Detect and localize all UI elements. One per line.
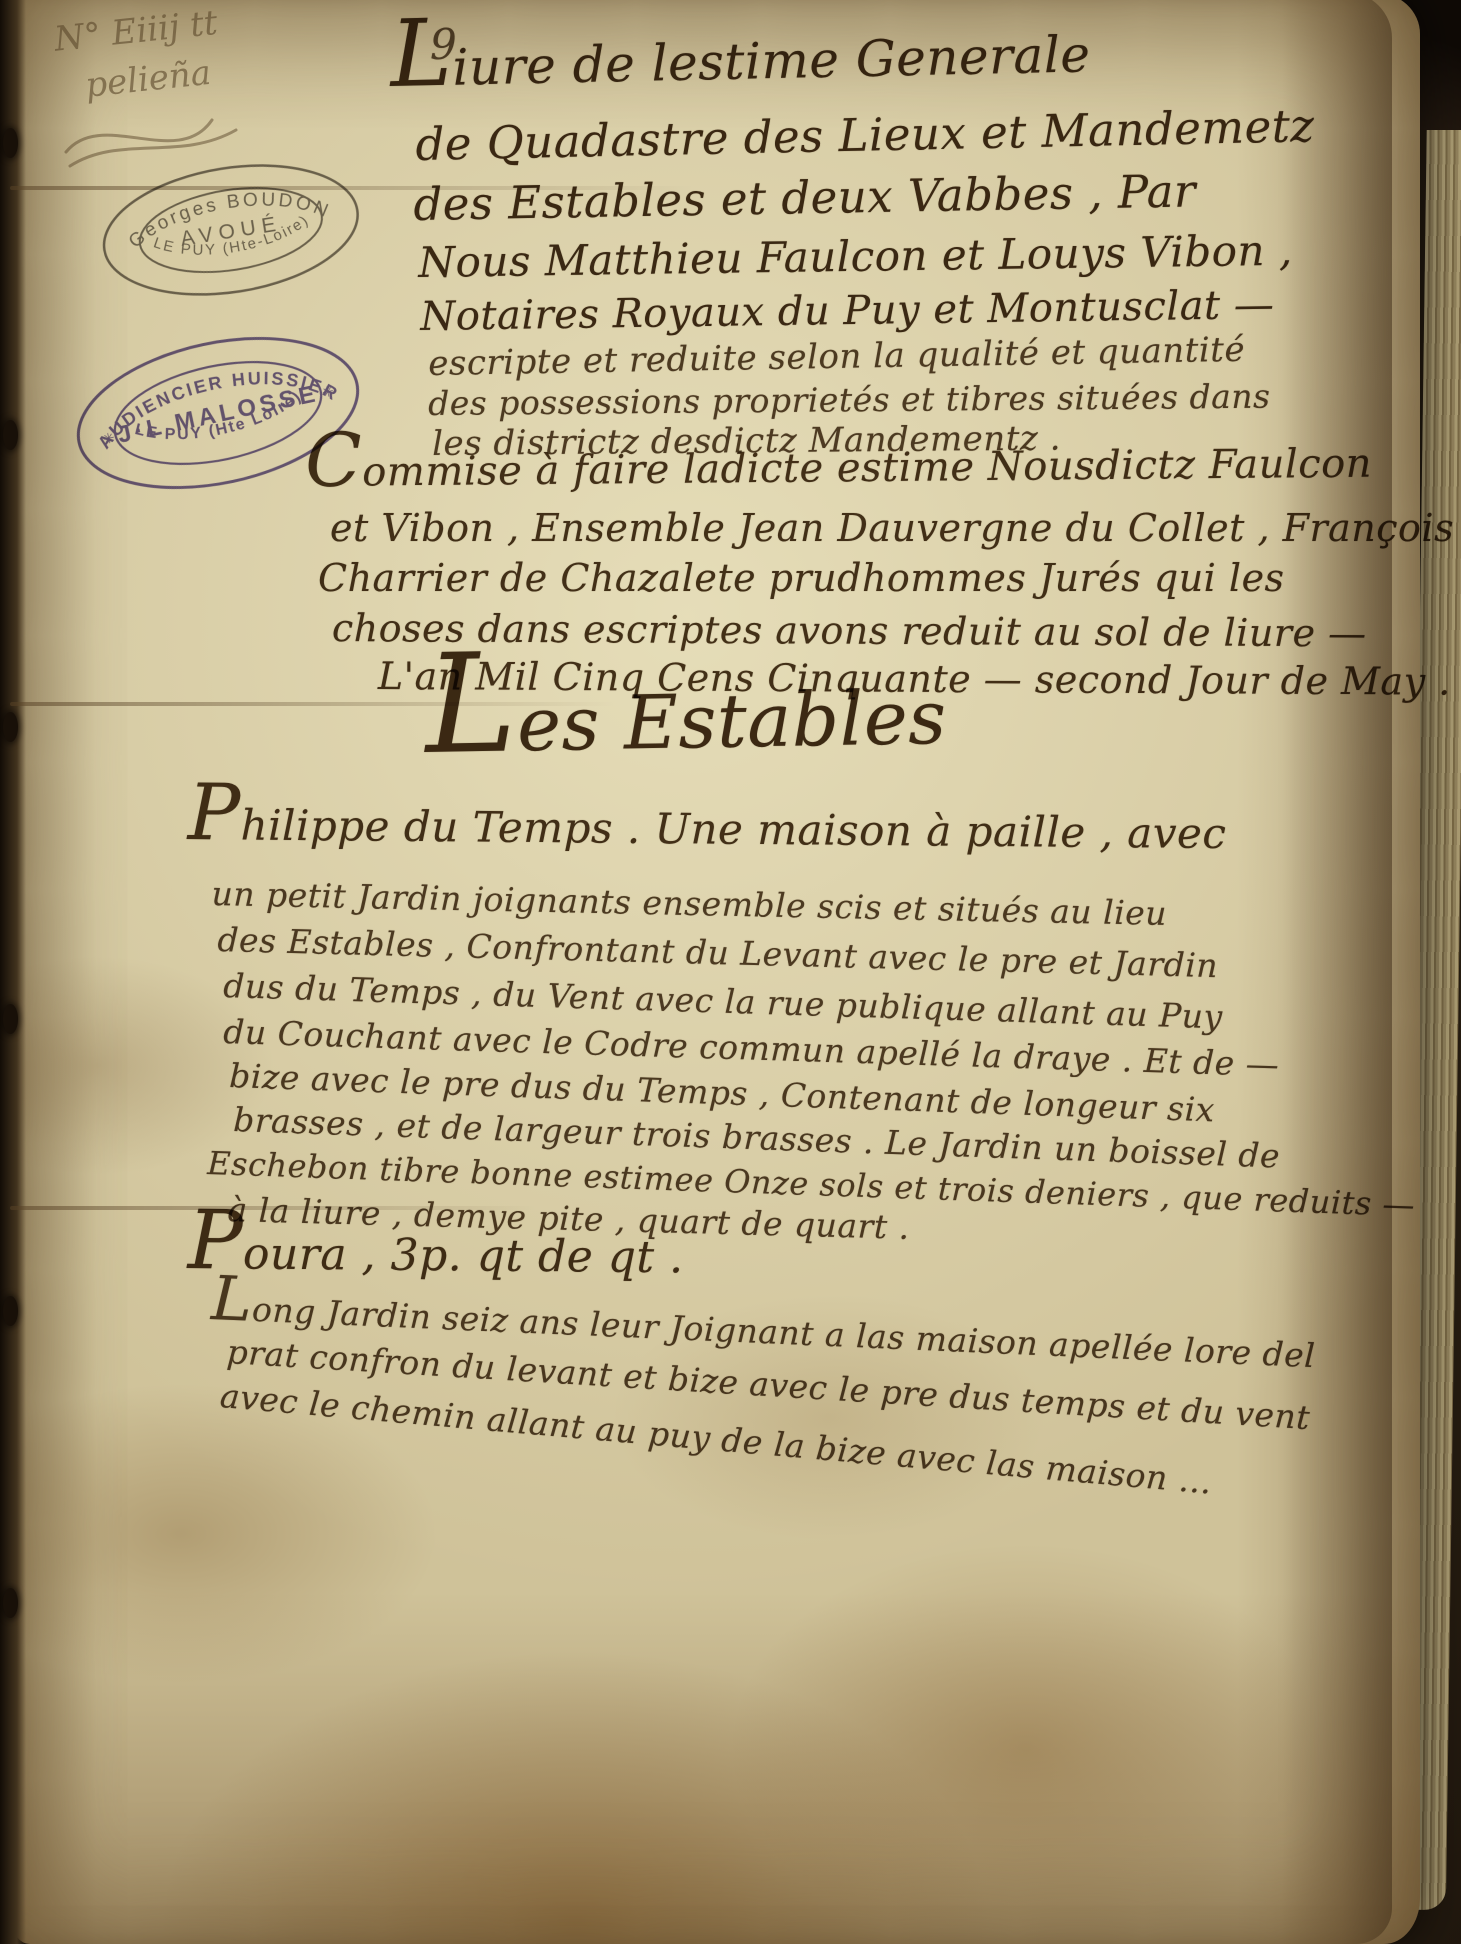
binding-stitch bbox=[3, 1588, 18, 1618]
entry-line: Philippe du Temps . Une maison à paille … bbox=[188, 800, 1227, 858]
page-binding bbox=[0, 0, 26, 1944]
binding-stitch bbox=[3, 128, 18, 158]
intro-line: et Vibon , Ensemble Jean Dauvergne du Co… bbox=[330, 506, 1454, 550]
valuation-line: Poura , 3p. qt de qt . bbox=[188, 1228, 684, 1283]
binding-stitch bbox=[3, 1004, 18, 1034]
binding-stitch bbox=[3, 712, 18, 742]
binding-stitch bbox=[3, 420, 18, 450]
corner-annotation: N° Eiiij tt pelieña bbox=[52, 0, 225, 114]
binding-stitch bbox=[3, 1296, 18, 1326]
title-line: des possessions proprietés et tibres sit… bbox=[428, 377, 1271, 423]
intro-line: Charrier de Chazalete prudhommes Jurés q… bbox=[318, 556, 1285, 600]
intro-line: Commise à faire ladicte estime Nousdictz… bbox=[305, 441, 1372, 496]
section-heading: Les Estables bbox=[425, 675, 947, 770]
manuscript-photo: N° Eiiij tt pelieña 9 Georges BOUDON AVO… bbox=[0, 0, 1461, 1944]
page-curl-shade bbox=[1282, 0, 1392, 1944]
